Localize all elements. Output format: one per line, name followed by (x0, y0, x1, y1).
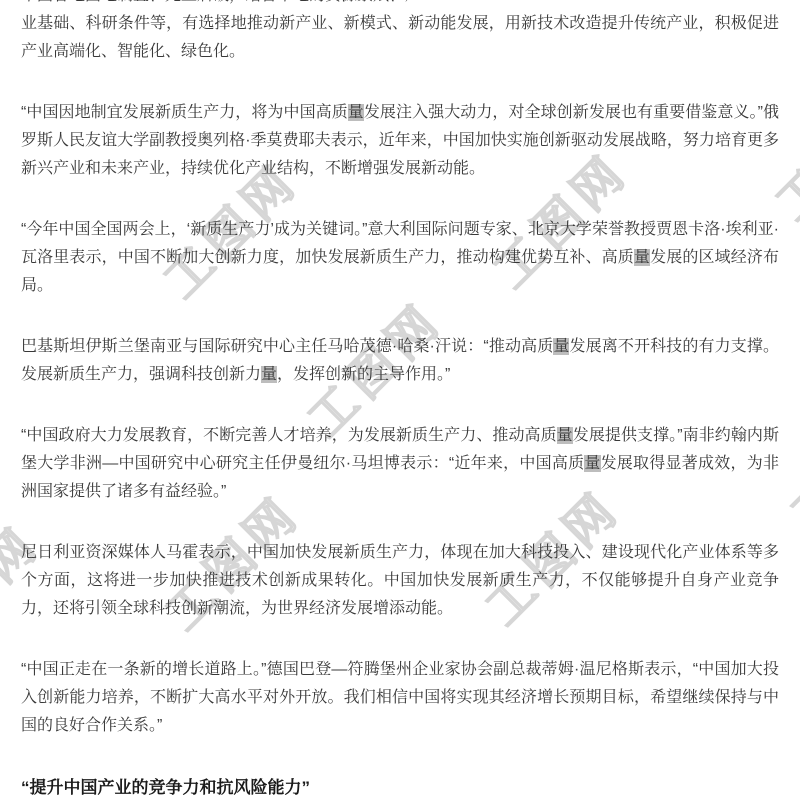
article-content: 中国各地因地制宜、先立后破，结合本地的资源禀赋、产 业基础、科研条件等，有选择地… (21, 0, 779, 800)
article-paragraph-7: “中国正走在一条新的增长道路上。”德国巴登—符腾堡州企业家协会副总裁蒂姆·温尼格… (21, 656, 779, 740)
section-heading: “提升中国产业的竞争力和抗风险能力” (21, 774, 779, 800)
article-page: 工图网工图网工图网工图网工图网工图网工图网工图网 中国各地因地制宜、先立后破，结… (0, 0, 800, 800)
article-paragraph-3: “今年中国全国两会上，‘新质生产力’成为关键词。”意大利国际问题专家、北京大学荣… (21, 216, 779, 300)
highlighted-char: 量 (634, 249, 650, 266)
highlighted-char: 量 (553, 338, 569, 355)
highlighted-char: 量 (348, 104, 364, 121)
article-body: 业基础、科研条件等，有选择地推动新产业、新模式、新动能发展，用新技术改造提升传统… (21, 10, 779, 740)
highlighted-char: 量 (557, 427, 573, 444)
article-paragraph-1: 业基础、科研条件等，有选择地推动新产业、新模式、新动能发展，用新技术改造提升传统… (21, 10, 779, 66)
clipped-text-line: 中国各地因地制宜、先立后破，结合本地的资源禀赋、产 (21, 0, 779, 10)
highlighted-char: 量 (261, 366, 277, 383)
article-paragraph-6: 尼日利亚资深媒体人马霍表示，中国加快发展新质生产力，体现在加大科技投入、建设现代… (21, 539, 779, 623)
article-paragraph-4: 巴基斯坦伊斯兰堡南亚与国际研究中心主任马哈茂德·哈桑·汗说：“推动高质量发展离不… (21, 333, 779, 389)
highlighted-char: 量 (584, 455, 600, 472)
article-paragraph-5: “中国政府大力发展教育，不断完善人才培养，为发展新质生产力、推动高质量发展提供支… (21, 422, 779, 506)
article-paragraph-2: “中国因地制宜发展新质生产力，将为中国高质量发展注入强大动力，对全球创新发展也有… (21, 99, 779, 183)
